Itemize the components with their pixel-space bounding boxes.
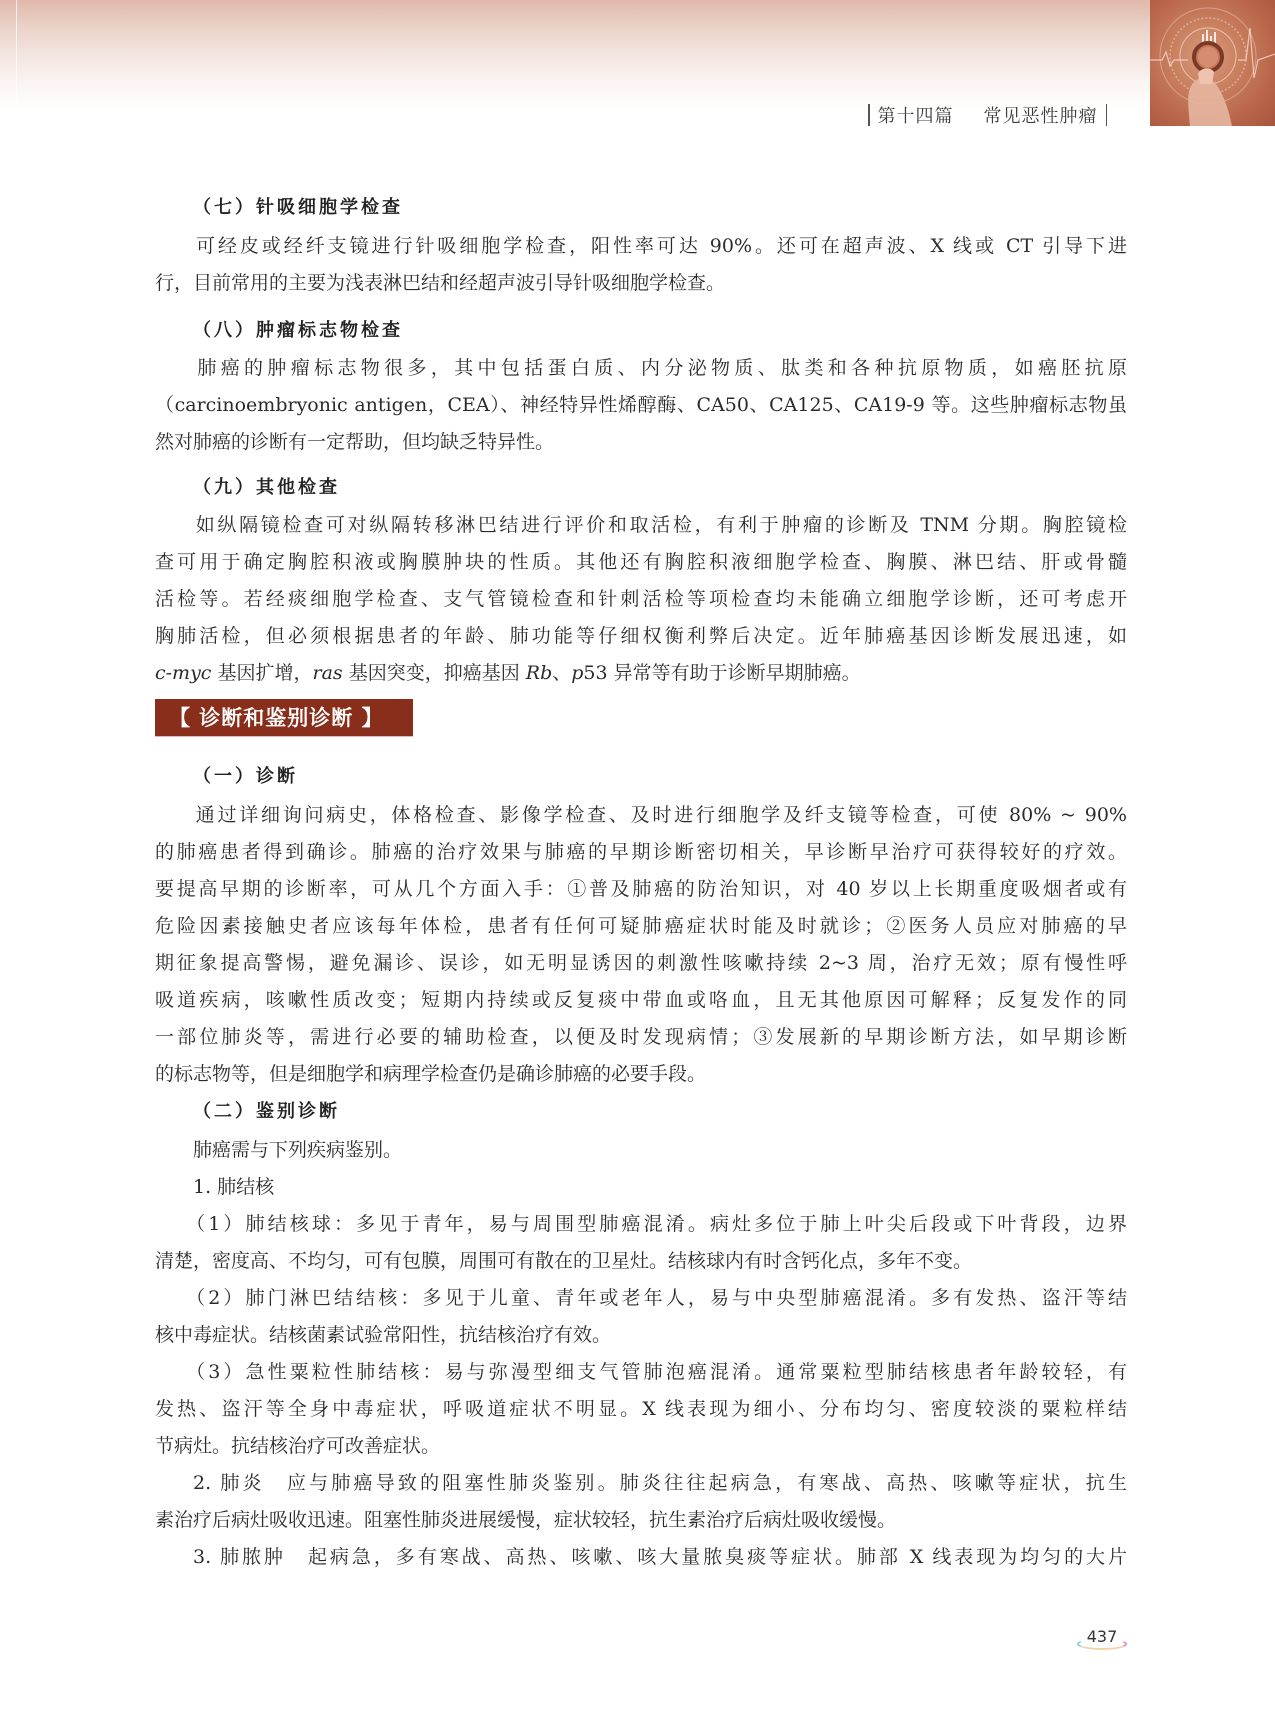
gene-name: p [571, 662, 583, 684]
text-line: 吸道疾病，咳嗽性质改变；短期内持续或反复痰中带血或咯血，且无其他原因可解释；反复… [155, 982, 1127, 1019]
running-head-part: 第十四篇 [878, 102, 954, 128]
section-heading-other-exams: （九）其他检查 [193, 473, 340, 499]
running-head-title: 常见恶性肿瘤 [984, 102, 1098, 128]
paragraph-needle-aspiration: 可经皮或经纤支镜进行针吸细胞学检查，阳性率可达 90%。还可在超声波、X 线或 … [155, 228, 1127, 302]
list-item-title: 1. 肺结核 [193, 1176, 274, 1198]
text-line: 然对肺癌的诊断有一定帮助，但均缺乏特异性。 [155, 424, 1127, 461]
text-line: 行，目前常用的主要为浅表淋巴结和经超声波引导针吸细胞学检查。 [155, 265, 1127, 302]
text-line: 要提高早期的诊断率，可从几个方面入手：①普及肺癌的防治知识，对 40 岁以上长期… [155, 871, 1127, 908]
paragraph-diagnosis: 通过详细询问病史，体格检查、影像学检查、及时进行细胞学及纤支镜等检查，可使 80… [155, 797, 1127, 1093]
paragraph-differential: 肺癌需与下列疾病鉴别。 1. 肺结核 （1）肺结核球：多见于青年，易与周围型肺癌… [155, 1132, 1127, 1576]
text-line-genes: c-myc 基因扩增，ras 基因突变，抑癌基因 Rb、p53 异常等有助于诊断… [155, 655, 1127, 692]
text-line: 肺癌需与下列疾病鉴别。 [193, 1139, 402, 1161]
section-heading-diagnosis: （一）诊断 [193, 762, 298, 788]
text-line: 通过详细询问病史，体格检查、影像学检查、及时进行细胞学及纤支镜等检查，可使 80… [193, 804, 1127, 826]
text-line: 素治疗后病灶吸收迅速。阻塞性肺炎进展缓慢，症状较轻，抗生素治疗后病灶吸收缓慢。 [155, 1502, 1127, 1539]
text-line: 3. 肺脓肿 起病急，多有寒战、高热、咳嗽、咳大量脓臭痰等症状。肺部 X 线表现… [193, 1546, 1127, 1568]
page-number: 437 [1075, 1626, 1137, 1656]
paragraph-tumor-markers: 肺癌的肿瘤标志物很多，其中包括蛋白质、内分泌物质、肽类和各种抗原物质，如癌胚抗原… [155, 350, 1127, 461]
text-line: （3）急性粟粒性肺结核：易与弥漫型细支气管肺泡癌混淆。通常粟粒型肺结核患者年龄较… [183, 1361, 1127, 1383]
text-line: 的肺癌患者得到确诊。肺癌的治疗效果与肺癌的早期诊断密切相关，早诊断早治疗可获得较… [155, 834, 1127, 871]
text-fragment: 基因扩增， [211, 662, 312, 684]
running-head: 第十四篇 常见恶性肿瘤 [868, 100, 1107, 130]
text-line: 2. 肺炎 应与肺癌导致的阻塞性肺炎鉴别。肺炎往往起病急，有寒战、高热、咳嗽等症… [193, 1472, 1127, 1494]
stethoscope-icon [1150, 0, 1275, 126]
text-line: 清楚，密度高、不均匀，可有包膜，周围可有散在的卫星灶。结核球内有时含钙化点，多年… [155, 1243, 1127, 1280]
text-line: 一部位肺炎等，需进行必要的辅助检查，以便及时发现病情；③发展新的早期诊断方法，如… [155, 1019, 1127, 1056]
text-fragment: 基因突变，抑癌基因 [343, 662, 526, 684]
section-banner-diagnosis: 【 诊断和鉴别诊断 】 [155, 699, 413, 737]
text-line: 如纵隔镜检查可对纵隔转移淋巴结进行评价和取活检，有利于肿瘤的诊断及 TNM 分期… [193, 514, 1127, 536]
header-decorative-rule [16, 0, 17, 100]
text-line: （carcinoembryonic antigen，CEA）、神经特异性烯醇酶、… [155, 387, 1127, 424]
header-stethoscope-image [1150, 0, 1275, 126]
text-line: 查可用于确定胸腔积液或胸膜肿块的性质。其他还有胸腔积液细胞学检查、胸膜、淋巴结、… [155, 544, 1127, 581]
text-line: 活检等。若经痰细胞学检查、支气管镜检查和针刺活检等项检查均未能确立细胞学诊断，还… [155, 581, 1127, 618]
paragraph-other-exams: 如纵隔镜检查可对纵隔转移淋巴结进行评价和取活检，有利于肿瘤的诊断及 TNM 分期… [155, 507, 1127, 692]
text-line: 核中毒症状。结核菌素试验常阳性，抗结核治疗有效。 [155, 1317, 1127, 1354]
text-line: 节病灶。抗结核治疗可改善症状。 [155, 1428, 1127, 1465]
section-heading-tumor-markers: （八）肿瘤标志物检查 [193, 316, 403, 342]
text-line: （2）肺门淋巴结结核：多见于儿童、青年或老年人，易与中央型肺癌混淆。多有发热、盗… [183, 1287, 1127, 1309]
text-line: 危险因素接触史者应该每年体检，患者有任何可疑肺癌症状时能及时就诊；②医务人员应对… [155, 908, 1127, 945]
text-line: 肺癌的肿瘤标志物很多，其中包括蛋白质、内分泌物质、肽类和各种抗原物质，如癌胚抗原 [193, 357, 1127, 379]
text-line: 胸肺活检，但必须根据患者的年龄、肺功能等仔细权衡利弊后决定。近年肺癌基因诊断发展… [155, 618, 1127, 655]
section-heading-differential: （二）鉴别诊断 [193, 1097, 340, 1123]
text-fragment: 53 异常等有助于诊断早期肺癌。 [583, 662, 860, 684]
gene-name: c-myc [155, 662, 211, 684]
text-line: 的标志物等，但是细胞学和病理学检查仍是确诊肺癌的必要手段。 [155, 1056, 1127, 1093]
header-gradient-band [0, 0, 1150, 110]
section-heading-needle-aspiration: （七）针吸细胞学检查 [193, 193, 403, 219]
gene-name: Rb [526, 662, 552, 684]
text-line: （1）肺结核球：多见于青年，易与周围型肺癌混淆。病灶多位于肺上叶尖后段或下叶背段… [183, 1213, 1127, 1235]
divider [1106, 104, 1108, 126]
page-number-text: 437 [1087, 1627, 1118, 1646]
text-line: 可经皮或经纤支镜进行针吸细胞学检查，阳性率可达 90%。还可在超声波、X 线或 … [193, 235, 1127, 257]
text-line: 期征象提高警惕，避免漏诊、误诊，如无明显诱因的刺激性咳嗽持续 2~3 周，治疗无… [155, 945, 1127, 982]
text-fragment: 、 [552, 662, 571, 684]
divider [868, 104, 870, 126]
gene-name: ras [313, 662, 343, 684]
text-line: 发热、盗汗等全身中毒症状，呼吸道症状不明显。X 线表现为细小、分布均匀、密度较淡… [155, 1391, 1127, 1428]
